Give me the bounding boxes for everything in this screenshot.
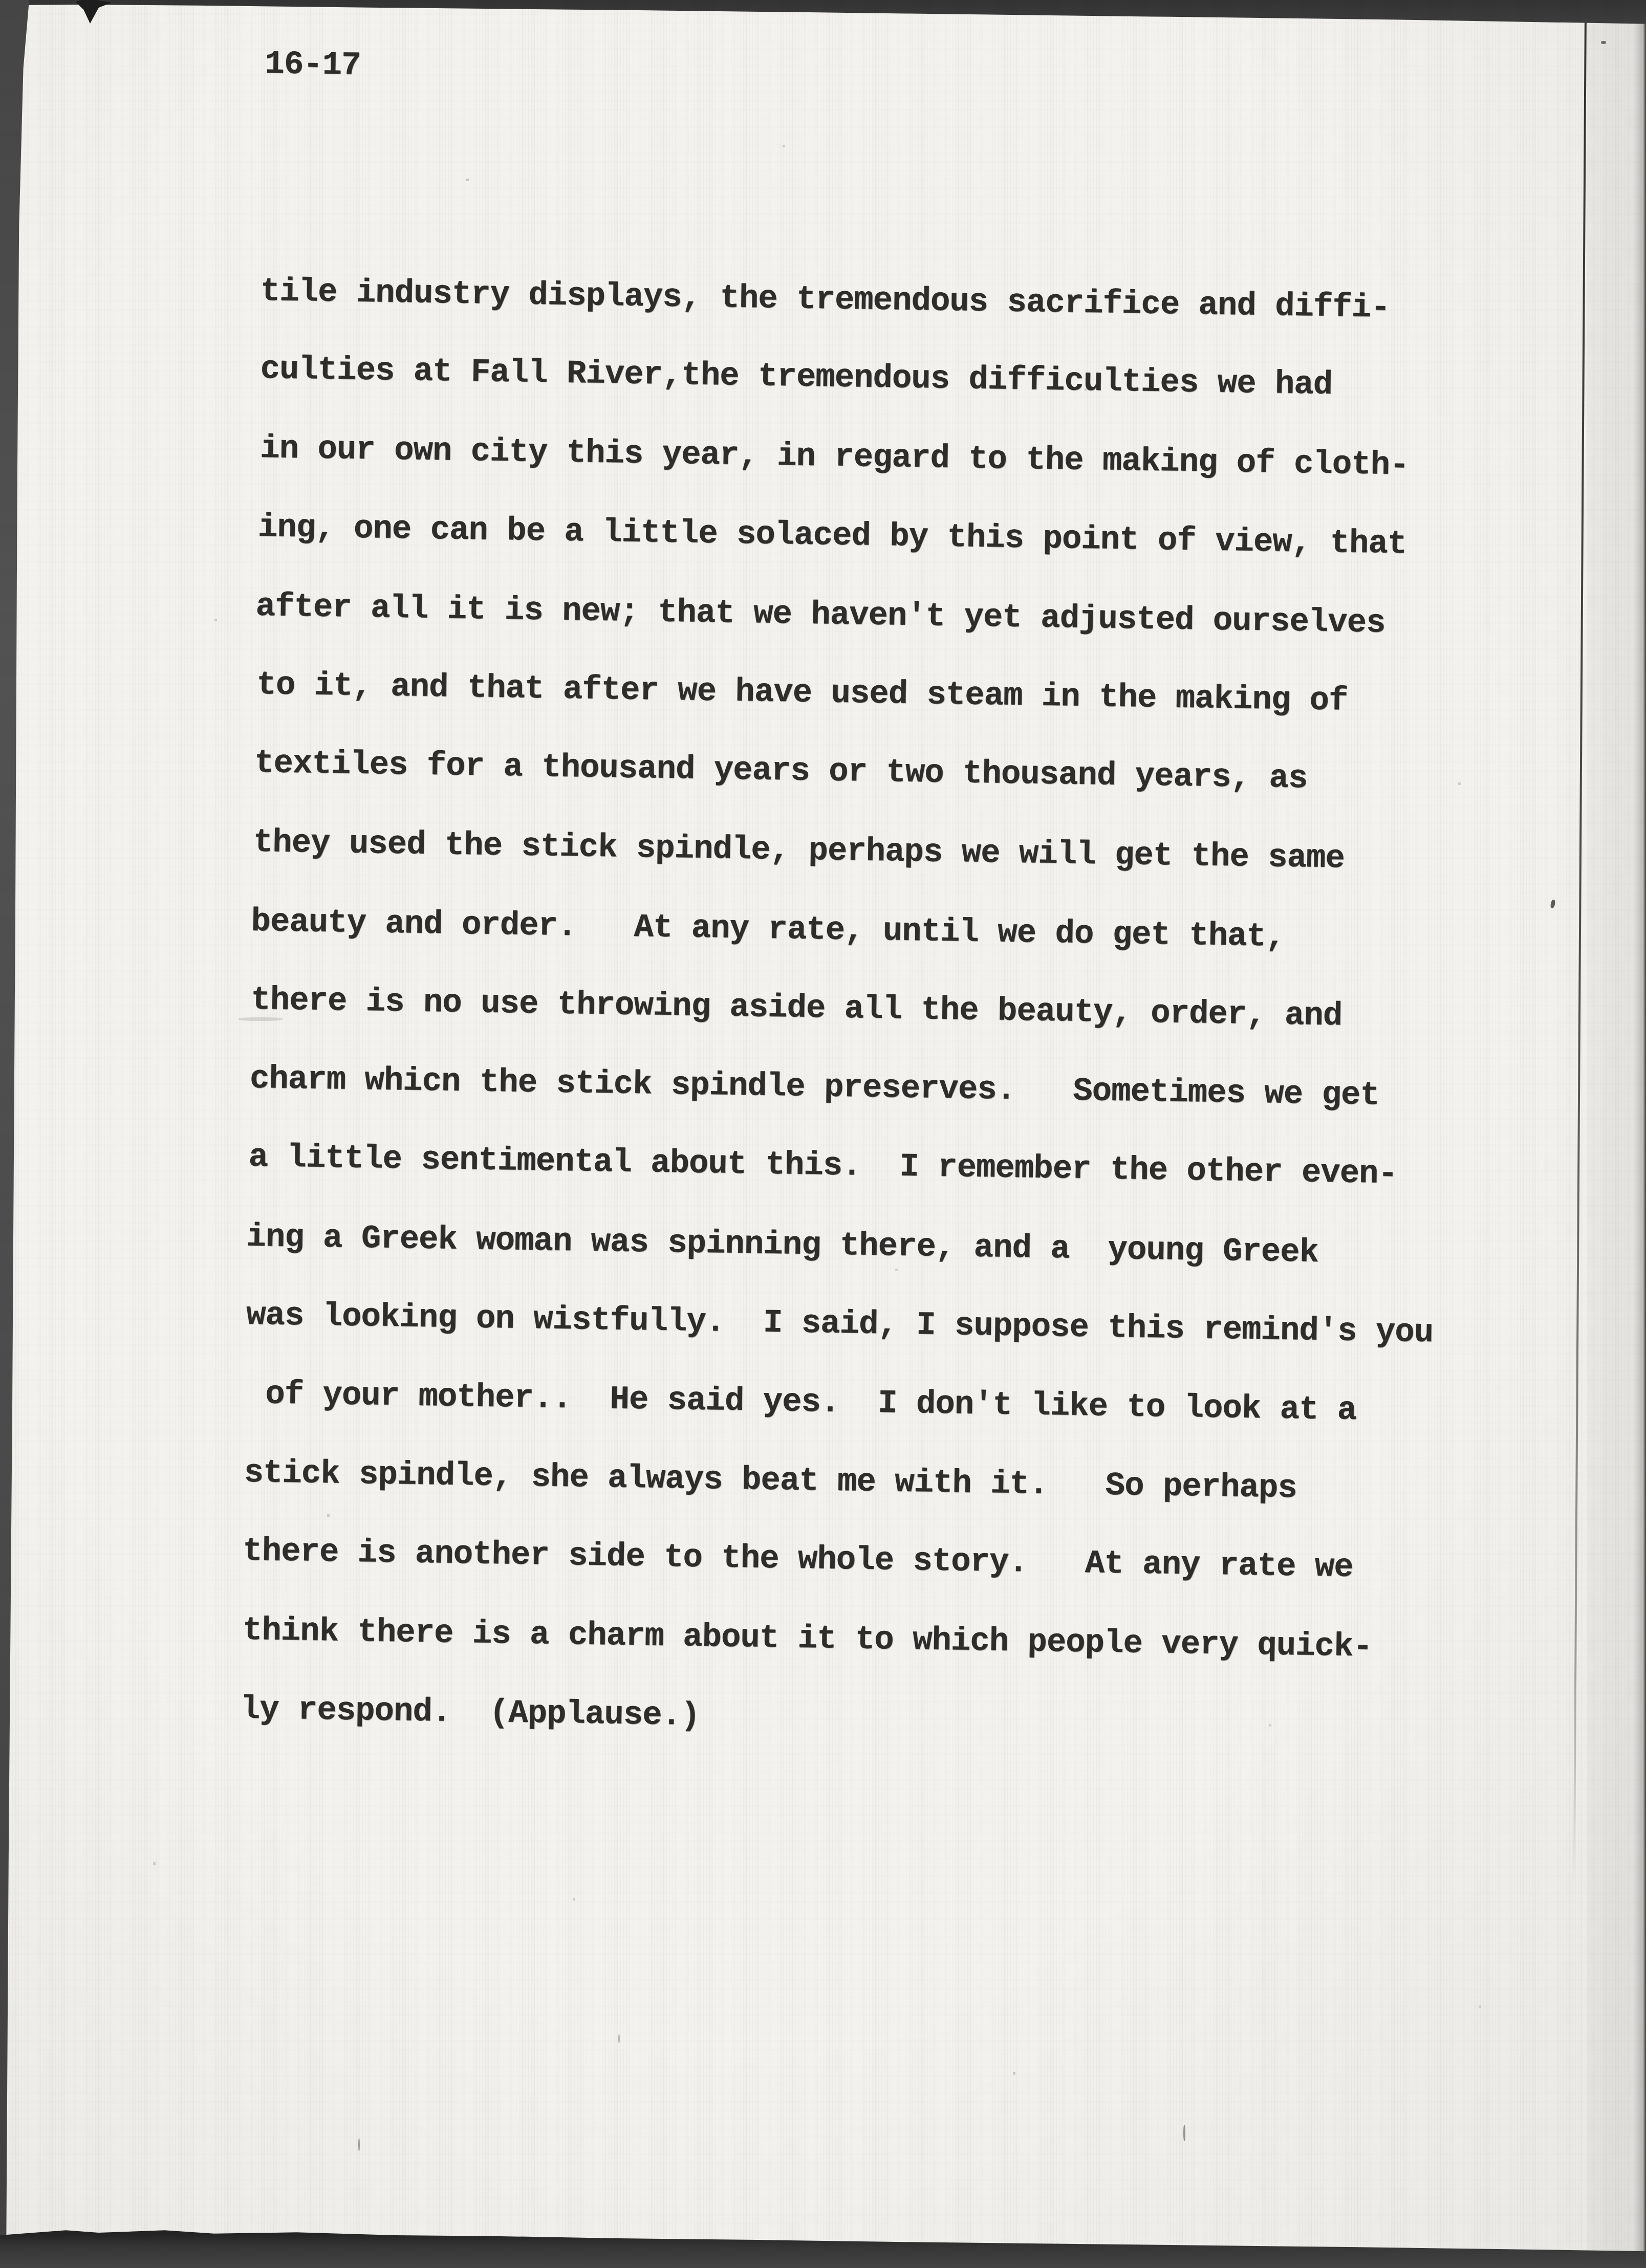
scan-artifact (1183, 2125, 1185, 2141)
scanned-page: 16-17 tile industry displays, the tremen… (0, 0, 1646, 2268)
transcript-text: tile industry displays, the tremendous s… (240, 252, 1593, 1769)
scan-edge-right (1587, 0, 1646, 2268)
scan-artifact (618, 2034, 620, 2043)
top-margin-spacer (262, 83, 1595, 272)
scan-edge-bottom (0, 2226, 1646, 2268)
scan-artifact-corner (76, 0, 112, 26)
page-content: 16-17 tile industry displays, the tremen… (240, 46, 1596, 1769)
scan-edge-top (0, 0, 1646, 31)
scan-artifact (358, 2138, 360, 2151)
scan-artifact (1601, 41, 1606, 44)
scan-edge-left (0, 0, 31, 2268)
dust-specks (0, 0, 2, 2)
